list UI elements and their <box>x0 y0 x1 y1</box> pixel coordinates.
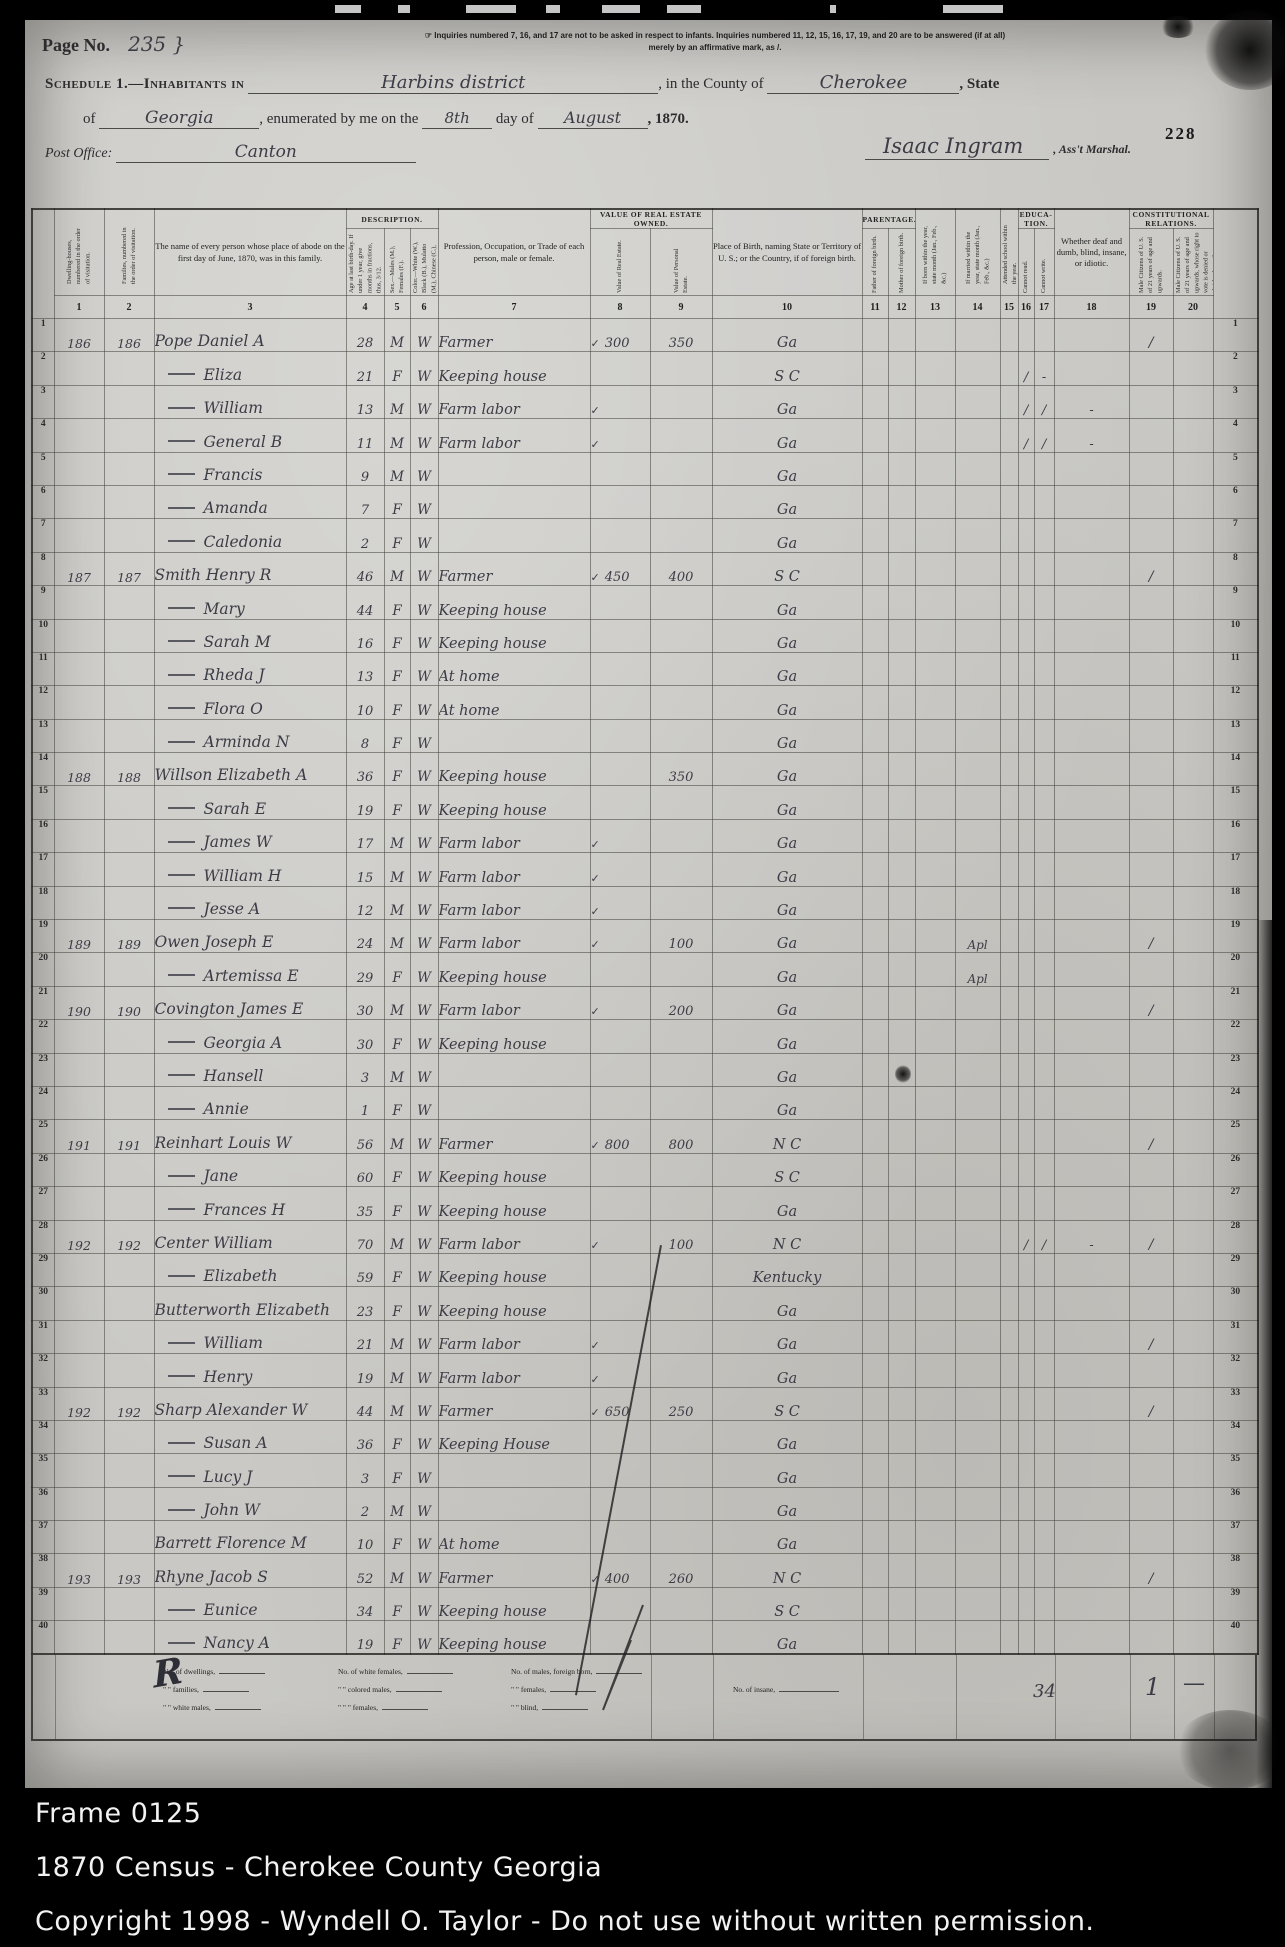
cell-family <box>104 352 154 385</box>
column-number-5: 5 <box>384 296 410 319</box>
film-edge-mark <box>943 5 1003 13</box>
cell-birthplace: Ga <box>712 920 862 953</box>
cell-color: W <box>410 1554 438 1587</box>
cell-color: W <box>410 1287 438 1320</box>
cell-male-citizen: / <box>1129 1320 1173 1353</box>
cell-occupation: Keeping house <box>438 1587 590 1620</box>
cell-family: 192 <box>104 1387 154 1420</box>
person-name: Butterworth Elizabeth <box>155 1301 331 1319</box>
cell-real-estate <box>590 1487 650 1520</box>
line-number-left: 34 <box>32 1420 54 1453</box>
cell-occupation: Keeping house <box>438 1020 590 1053</box>
marshal-title: , Ass't Marshal. <box>1053 142 1131 156</box>
cell-vote-denied <box>1173 1120 1213 1153</box>
line-number-left: 24 <box>32 1086 54 1119</box>
cell-occupation: Farm labor <box>438 419 590 452</box>
line-number-right: 16 <box>1213 819 1258 852</box>
cell-attended-school <box>1000 419 1018 452</box>
cell-married-month <box>955 1287 1000 1320</box>
cell-sex: F <box>384 1253 410 1286</box>
cell-cannot-read <box>1018 619 1034 652</box>
note-line1: Inquiries numbered 7, 16, and 17 are not… <box>434 31 1005 40</box>
cell-mother-foreign <box>888 920 915 953</box>
cell-vote-denied <box>1173 352 1213 385</box>
cell-real-estate: ✓ <box>590 819 650 852</box>
census-row: 16James W17MWFarm labor✓Ga16 <box>32 819 1258 852</box>
cell-deaf-dumb: - <box>1054 385 1129 418</box>
column-header-occ: Profession, Occupation, or Trade of each… <box>438 209 590 296</box>
cell-cannot-read <box>1018 686 1034 719</box>
cell-color: W <box>410 419 438 452</box>
cell-vote-denied <box>1173 1521 1213 1554</box>
cell-family <box>104 1420 154 1453</box>
totals-written-education: 34 <box>1033 1681 1056 1702</box>
scan-artifact <box>1160 16 1196 38</box>
cell-sex: M <box>384 1320 410 1353</box>
census-row: 8187187Smith Henry R46MWFarmer✓450400S C… <box>32 552 1258 585</box>
line-number-left: 12 <box>32 686 54 719</box>
cell-age: 2 <box>346 519 384 552</box>
census-row: 17William H15MWFarm labor✓Ga17 <box>32 853 1258 886</box>
cell-dwelling <box>54 1153 104 1186</box>
cell-attended-school <box>1000 986 1018 1019</box>
cell-vote-denied <box>1173 853 1213 886</box>
cell-vote-denied <box>1173 1220 1213 1253</box>
cell-family <box>104 1621 154 1654</box>
cell-real-estate <box>590 1053 650 1086</box>
cell-dwelling <box>54 886 104 919</box>
cell-color: W <box>410 352 438 385</box>
cell-birthplace: Ga <box>712 786 862 819</box>
cell-color: W <box>410 1220 438 1253</box>
line-number-left: 29 <box>32 1253 54 1286</box>
cell-sex: F <box>384 1420 410 1453</box>
column-header-c19: Male Citizens of U. S. of 21 years of ag… <box>1129 229 1173 296</box>
cell-married-month <box>955 1521 1000 1554</box>
census-row: 37Barrett Florence M10FWAt homeGa37 <box>32 1521 1258 1554</box>
cell-deaf-dumb <box>1054 1554 1129 1587</box>
cell-age: 36 <box>346 753 384 786</box>
cell-cannot-read: / <box>1018 419 1034 452</box>
cell-age: 35 <box>346 1187 384 1220</box>
cell-color: W <box>410 1420 438 1453</box>
person-name: Mary <box>204 600 245 618</box>
county-value: Cherokee <box>820 72 908 93</box>
cell-cannot-read <box>1018 1521 1034 1554</box>
person-name: Eliza <box>204 366 243 384</box>
cell-married-month <box>955 1086 1000 1119</box>
cell-birthplace: Ga <box>712 986 862 1019</box>
cell-deaf-dumb <box>1054 452 1129 485</box>
line-number-right: 36 <box>1213 1487 1258 1520</box>
check-mark: ✓ <box>591 839 600 851</box>
line-number-right: 23 <box>1213 1053 1258 1086</box>
cell-dwelling <box>54 1454 104 1487</box>
line-number-left: 20 <box>32 953 54 986</box>
line-number-right: 27 <box>1213 1187 1258 1220</box>
cell-personal-estate <box>650 1454 712 1487</box>
cell-father-foreign <box>862 1287 888 1320</box>
cell-male-citizen <box>1129 1454 1173 1487</box>
cell-dwelling: 188 <box>54 753 104 786</box>
group-header-par: Parentage. <box>862 209 915 229</box>
census-grid: Dwelling-houses, numbered in the order o… <box>31 208 1257 1741</box>
cell-personal-estate: 260 <box>650 1554 712 1587</box>
cell-personal-estate <box>650 352 712 385</box>
cell-married-month <box>955 1621 1000 1654</box>
cell-married-month <box>955 1120 1000 1153</box>
cell-real-estate <box>590 1086 650 1119</box>
cell-mother-foreign <box>888 1621 915 1654</box>
cell-vote-denied <box>1173 1020 1213 1053</box>
cell-real-estate: ✓ <box>590 419 650 452</box>
cell-color: W <box>410 652 438 685</box>
cell-attended-school <box>1000 1153 1018 1186</box>
cell-dwelling: 191 <box>54 1120 104 1153</box>
group-header-value: Value of Real Estate owned. <box>590 209 712 229</box>
cell-born-month <box>915 352 955 385</box>
cell-father-foreign <box>862 385 888 418</box>
cell-cannot-write <box>1034 719 1054 752</box>
cell-male-citizen <box>1129 652 1173 685</box>
cell-occupation <box>438 1454 590 1487</box>
cell-real-estate: ✓ <box>590 920 650 953</box>
cell-color: W <box>410 1086 438 1119</box>
person-name: Caledonia <box>204 533 283 551</box>
cell-real-estate: ✓ <box>590 853 650 886</box>
line-number-left: 32 <box>32 1354 54 1387</box>
cell-birthplace: Ga <box>712 853 862 886</box>
column-header-fam: Families, numbered in the order of visit… <box>104 209 154 296</box>
person-name: Frances H <box>204 1201 286 1219</box>
cell-male-citizen <box>1129 1621 1173 1654</box>
cell-father-foreign <box>862 1053 888 1086</box>
cell-color: W <box>410 452 438 485</box>
cell-real-estate <box>590 619 650 652</box>
cell-birthplace: Ga <box>712 586 862 619</box>
person-name: Flora O <box>204 700 263 718</box>
line-number-right: 33 <box>1213 1387 1258 1420</box>
cell-color: W <box>410 1120 438 1153</box>
cell-father-foreign <box>862 719 888 752</box>
cell-attended-school <box>1000 1554 1018 1587</box>
totals-written-col20: — <box>1183 1671 1205 1696</box>
cell-deaf-dumb <box>1054 619 1129 652</box>
cell-age: 16 <box>346 619 384 652</box>
ditto-dash <box>168 440 195 442</box>
cell-deaf-dumb <box>1054 1153 1129 1186</box>
line-number-left: 10 <box>32 619 54 652</box>
line-number-left: 6 <box>32 485 54 518</box>
cell-deaf-dumb <box>1054 1253 1129 1286</box>
line-number-left: 7 <box>32 519 54 552</box>
cell-age: 10 <box>346 686 384 719</box>
cell-married-month <box>955 652 1000 685</box>
cell-cannot-read <box>1018 1621 1034 1654</box>
cell-color: W <box>410 920 438 953</box>
cell-name: Nancy A <box>154 1621 346 1654</box>
cell-personal-estate <box>650 519 712 552</box>
cell-real-estate <box>590 786 650 819</box>
cell-male-citizen <box>1129 786 1173 819</box>
cell-father-foreign <box>862 1220 888 1253</box>
line-number-right: 24 <box>1213 1086 1258 1119</box>
cell-attended-school <box>1000 1454 1018 1487</box>
cell-birthplace: Ga <box>712 1086 862 1119</box>
cell-vote-denied <box>1173 1587 1213 1620</box>
totals-label: " " white males, <box>163 1703 211 1712</box>
line-number-right: 13 <box>1213 719 1258 752</box>
cell-mother-foreign <box>888 352 915 385</box>
census-row: 11Rheda J13FWAt homeGa11 <box>32 652 1258 685</box>
cell-name: Reinhart Louis W <box>154 1120 346 1153</box>
cell-color: W <box>410 586 438 619</box>
cell-attended-school <box>1000 920 1018 953</box>
cell-sex: F <box>384 652 410 685</box>
ditto-dash <box>168 1509 195 1511</box>
cell-real-estate <box>590 1153 650 1186</box>
marshal-line: Isaac Ingram , Ass't Marshal. <box>865 134 1131 158</box>
cell-birthplace: Ga <box>712 819 862 852</box>
cell-cannot-read <box>1018 652 1034 685</box>
cell-dwelling <box>54 1020 104 1053</box>
census-row: 3William13MWFarm labor✓Ga//-3 <box>32 385 1258 418</box>
cell-father-foreign <box>862 1487 888 1520</box>
cell-born-month <box>915 1387 955 1420</box>
cell-sex: F <box>384 1621 410 1654</box>
cell-cannot-read <box>1018 1487 1034 1520</box>
cell-cannot-read <box>1018 1020 1034 1053</box>
cell-male-citizen <box>1129 1187 1173 1220</box>
line-number-left: 16 <box>32 819 54 852</box>
cell-father-foreign <box>862 753 888 786</box>
cell-vote-denied <box>1173 652 1213 685</box>
cell-deaf-dumb <box>1054 920 1129 953</box>
ditto-dash <box>168 1475 195 1477</box>
cell-cannot-read <box>1018 586 1034 619</box>
cell-deaf-dumb <box>1054 552 1129 585</box>
cell-male-citizen <box>1129 1153 1173 1186</box>
line-number-right: 10 <box>1213 619 1258 652</box>
cell-age: 1 <box>346 1086 384 1119</box>
cell-born-month <box>915 1220 955 1253</box>
column-number-8: 8 <box>590 296 650 319</box>
cell-married-month <box>955 853 1000 886</box>
cell-mother-foreign <box>888 1020 915 1053</box>
line-number-right: 12 <box>1213 686 1258 719</box>
cell-mother-foreign <box>888 1153 915 1186</box>
cell-age: 19 <box>346 1354 384 1387</box>
cell-cannot-write <box>1034 986 1054 1019</box>
cell-male-citizen <box>1129 1287 1173 1320</box>
cell-born-month <box>915 1153 955 1186</box>
line-number-left: 26 <box>32 1153 54 1186</box>
post-office-blank: Canton <box>116 142 416 163</box>
cell-father-foreign <box>862 1454 888 1487</box>
cell-father-foreign <box>862 1420 888 1453</box>
cell-real-estate <box>590 1521 650 1554</box>
page-no-label: Page No. <box>42 35 110 55</box>
column-header-m13: If born within the year, state month (Ja… <box>915 209 955 296</box>
cell-dwelling <box>54 1053 104 1086</box>
cell-cannot-read <box>1018 1120 1034 1153</box>
cell-male-citizen <box>1129 886 1173 919</box>
cell-cannot-read <box>1018 1287 1034 1320</box>
cell-vote-denied <box>1173 686 1213 719</box>
cell-mother-foreign <box>888 819 915 852</box>
cell-cannot-write <box>1034 1420 1054 1453</box>
cell-age: 56 <box>346 1120 384 1153</box>
cell-male-citizen <box>1129 819 1173 852</box>
cell-color: W <box>410 853 438 886</box>
cell-color: W <box>410 385 438 418</box>
cell-color: W <box>410 686 438 719</box>
cell-dwelling <box>54 1521 104 1554</box>
cell-cannot-write <box>1034 452 1054 485</box>
cell-father-foreign <box>862 452 888 485</box>
enum-text: , enumerated by me on the <box>259 111 418 127</box>
cell-occupation: Farmer <box>438 1120 590 1153</box>
cell-personal-estate: 100 <box>650 920 712 953</box>
cell-family <box>104 1020 154 1053</box>
cell-real-estate <box>590 686 650 719</box>
cell-dwelling <box>54 352 104 385</box>
cell-vote-denied <box>1173 1253 1213 1286</box>
pointing-hand-icon: ☞ <box>425 31 432 40</box>
cell-birthplace: Ga <box>712 1420 862 1453</box>
cell-father-foreign <box>862 485 888 518</box>
cell-name: Willson Elizabeth A <box>154 753 346 786</box>
cell-married-month <box>955 552 1000 585</box>
cell-name: Jesse A <box>154 886 346 919</box>
cell-male-citizen: / <box>1129 1387 1173 1420</box>
state-value: Georgia <box>145 108 213 128</box>
column-number-16: 16 <box>1018 296 1034 319</box>
cell-age: 12 <box>346 886 384 919</box>
cell-deaf-dumb <box>1054 786 1129 819</box>
cell-male-citizen <box>1129 352 1173 385</box>
cell-attended-school <box>1000 686 1018 719</box>
cell-birthplace: Ga <box>712 652 862 685</box>
cell-sex: M <box>384 920 410 953</box>
row-number-gutter-header <box>32 209 54 319</box>
cell-father-foreign <box>862 1086 888 1119</box>
census-row: 21190190Covington James E30MWFarm labor✓… <box>32 986 1258 1019</box>
cell-dwelling <box>54 586 104 619</box>
cell-personal-estate <box>650 485 712 518</box>
line-number-left: 18 <box>32 886 54 919</box>
cell-personal-estate <box>650 853 712 886</box>
line-number-left: 21 <box>32 986 54 1019</box>
column-header-pe: Value of Personal Estate. <box>650 229 712 296</box>
cell-married-month: Apl <box>955 920 1000 953</box>
cell-sex: F <box>384 719 410 752</box>
cell-birthplace: Ga <box>712 953 862 986</box>
cell-deaf-dumb <box>1054 352 1129 385</box>
cell-color: W <box>410 1253 438 1286</box>
cell-color: W <box>410 786 438 819</box>
cell-born-month <box>915 1354 955 1387</box>
cell-cannot-read <box>1018 552 1034 585</box>
cell-dwelling: 190 <box>54 986 104 1019</box>
cell-personal-estate <box>650 1153 712 1186</box>
cell-cannot-read <box>1018 986 1034 1019</box>
cell-age: 70 <box>346 1220 384 1253</box>
day-of-label: day of <box>496 111 534 127</box>
cell-attended-school <box>1000 753 1018 786</box>
line-number-right: 21 <box>1213 986 1258 1019</box>
cell-color: W <box>410 619 438 652</box>
cell-cannot-write: / <box>1034 1220 1054 1253</box>
cell-dwelling <box>54 853 104 886</box>
cell-male-citizen <box>1129 485 1173 518</box>
cell-attended-school <box>1000 1320 1018 1353</box>
census-row: 23Hansell3MWGa23 <box>32 1053 1258 1086</box>
cell-occupation: Keeping house <box>438 1187 590 1220</box>
real-estate-value: 300 <box>605 336 630 351</box>
cell-name: William H <box>154 853 346 886</box>
cell-cannot-read <box>1018 953 1034 986</box>
cell-cannot-write <box>1034 1153 1054 1186</box>
cell-cannot-write <box>1034 1253 1054 1286</box>
person-name: Rhyne Jacob S <box>155 1568 268 1586</box>
cell-occupation: Farm labor <box>438 1320 590 1353</box>
cell-occupation: Keeping house <box>438 619 590 652</box>
line-number-left: 3 <box>32 385 54 418</box>
column-number-13: 13 <box>915 296 955 319</box>
instruction-note: ☞ Inquiries numbered 7, 16, and 17 are n… <box>275 30 1155 54</box>
cell-birthplace: S C <box>712 552 862 585</box>
cell-cannot-read: / <box>1018 1220 1034 1253</box>
cell-dwelling <box>54 686 104 719</box>
cell-attended-school <box>1000 1220 1018 1253</box>
cell-born-month <box>915 1587 955 1620</box>
cell-sex: M <box>384 1354 410 1387</box>
census-row: 6Amanda7FWGa6 <box>32 485 1258 518</box>
state-suffix: , State <box>959 76 999 92</box>
person-name: Jesse A <box>204 900 261 918</box>
cell-dwelling <box>54 953 104 986</box>
cell-real-estate <box>590 519 650 552</box>
line-number-left: 14 <box>32 753 54 786</box>
cell-name: General B <box>154 419 346 452</box>
cell-personal-estate <box>650 1354 712 1387</box>
schedule-line: Schedule 1.—Inhabitants in Harbins distr… <box>45 72 999 94</box>
line-number-left: 25 <box>32 1120 54 1153</box>
cell-deaf-dumb <box>1054 1587 1129 1620</box>
column-number-9: 9 <box>650 296 712 319</box>
cell-birthplace: N C <box>712 1220 862 1253</box>
census-row: 29Elizabeth59FWKeeping houseKentucky29 <box>32 1253 1258 1286</box>
cell-cannot-write <box>1034 686 1054 719</box>
cell-married-month <box>955 1420 1000 1453</box>
cell-cannot-read <box>1018 1253 1034 1286</box>
ditto-dash <box>168 473 195 475</box>
cell-mother-foreign <box>888 1354 915 1387</box>
line-number-right: 39 <box>1213 1587 1258 1620</box>
cell-cannot-write <box>1034 1621 1054 1654</box>
cell-vote-denied <box>1173 1420 1213 1453</box>
cell-vote-denied <box>1173 619 1213 652</box>
cell-mother-foreign <box>888 886 915 919</box>
of-label: of <box>83 111 96 127</box>
cell-cannot-read: / <box>1018 385 1034 418</box>
cell-born-month <box>915 1253 955 1286</box>
cell-attended-school <box>1000 886 1018 919</box>
cell-mother-foreign <box>888 1187 915 1220</box>
cell-attended-school <box>1000 352 1018 385</box>
column-number-15: 15 <box>1000 296 1018 319</box>
